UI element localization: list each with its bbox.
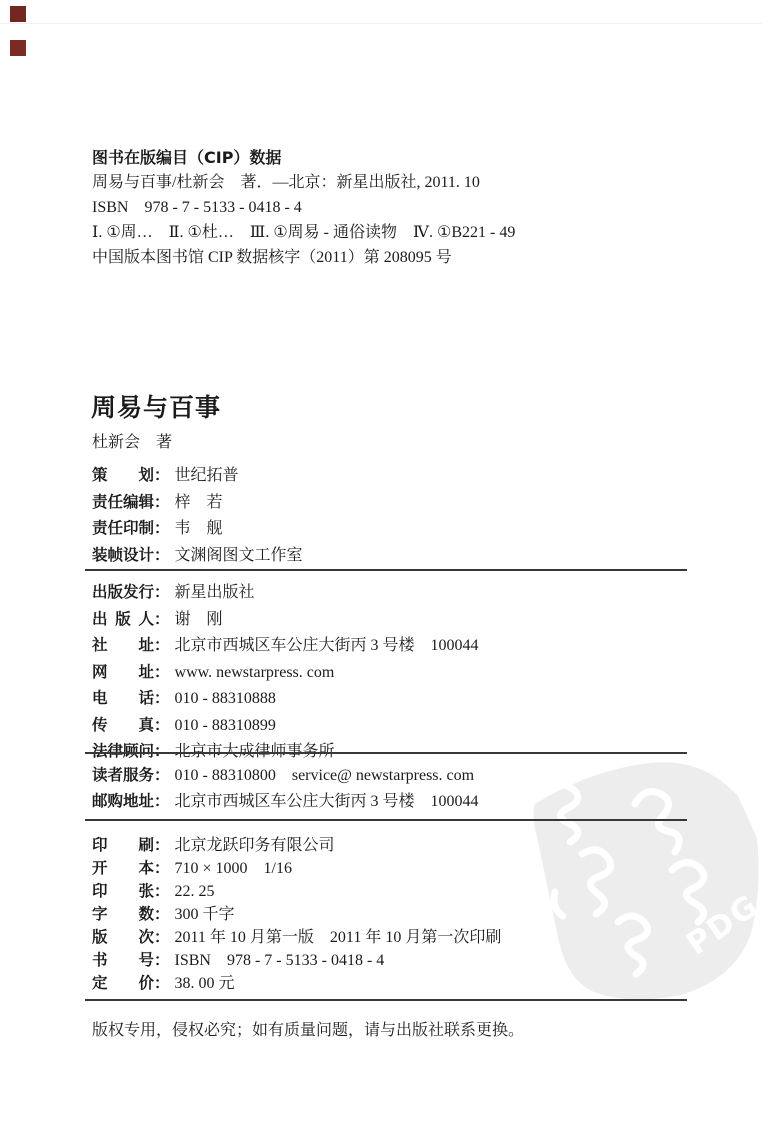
- publisher-row: 出版发行：新星出版社: [92, 579, 479, 606]
- reader-row: 邮购地址：北京市西城区车公庄大街丙 3 号楼 100044: [92, 789, 479, 815]
- label-colon: ：: [154, 659, 170, 686]
- field-label: 策划: [92, 462, 154, 489]
- field-label: 印张: [92, 880, 154, 903]
- book-title: 周易与百事: [91, 388, 221, 424]
- field-value: 北京龙跃印务有限公司: [175, 834, 335, 857]
- field-value: 010 - 88310800 service@ newstarpress. co…: [175, 763, 475, 789]
- field-label: 装帧设计: [92, 542, 154, 569]
- copyright-notice: 版权专用，侵权必究；如有质量问题，请与出版社联系更换。: [92, 1017, 524, 1040]
- field-label: 网址: [92, 659, 154, 686]
- field-value: 22. 25: [175, 880, 215, 903]
- section-divider: [85, 569, 687, 571]
- section-divider: [85, 752, 687, 754]
- label-colon: ：: [154, 685, 170, 712]
- printing-row: 定价：38. 00 元: [92, 972, 501, 995]
- label-colon: ：: [154, 763, 170, 789]
- cip-line: ISBN 978 - 7 - 5133 - 0418 - 4: [92, 195, 692, 220]
- cip-line: Ⅰ. ①周… Ⅱ. ①杜… Ⅲ. ①周易 - 通俗读物 Ⅳ. ①B221 - 4…: [92, 220, 692, 245]
- publisher-row: 出版人：谢 刚: [92, 606, 479, 633]
- field-label: 电话: [92, 685, 154, 712]
- field-value: 北京市西城区车公庄大街丙 3 号楼 100044: [175, 789, 479, 815]
- printing-row: 字数：300 千字: [92, 903, 501, 926]
- field-value: 010 - 88310888: [175, 686, 276, 713]
- field-label: 社址: [92, 632, 154, 659]
- field-label: 书号: [92, 949, 154, 972]
- credit-row: 责任印制：韦 舰: [92, 515, 303, 542]
- copyright-page: PDG 图书在版编目（CIP）数据 周易与百事/杜新会 著．—北京：新星出版社,…: [0, 0, 762, 1122]
- label-colon: ：: [154, 926, 170, 949]
- field-label: 印刷: [92, 834, 154, 857]
- field-value: 新星出版社: [175, 580, 255, 607]
- field-value: 710 × 1000 1/16: [175, 857, 292, 880]
- printing-row: 印刷：北京龙跃印务有限公司: [92, 834, 501, 857]
- field-label: 字数: [92, 903, 154, 926]
- cip-line: 周易与百事/杜新会 著．—北京：新星出版社, 2011. 10: [92, 170, 692, 195]
- credits-section: 策划：世纪拓普 责任编辑：梓 若 责任印制：韦 舰 装帧设计：文渊阁图文工作室: [92, 462, 303, 568]
- field-value: www. newstarpress. com: [175, 660, 335, 687]
- field-label: 出版人: [92, 606, 154, 633]
- field-label: 传真: [92, 712, 154, 739]
- label-colon: ：: [154, 542, 170, 569]
- field-value: 北京市西城区车公庄大街丙 3 号楼 100044: [175, 633, 479, 660]
- field-value: 文渊阁图文工作室: [175, 543, 303, 570]
- label-colon: ：: [154, 789, 170, 815]
- publisher-row: 社址：北京市西城区车公庄大街丙 3 号楼 100044: [92, 632, 479, 659]
- label-colon: ：: [154, 712, 170, 739]
- publisher-row: 电话：010 - 88310888: [92, 685, 479, 712]
- field-label: 邮购地址: [92, 789, 154, 815]
- printing-section: 印刷：北京龙跃印务有限公司 开本：710 × 1000 1/16 印张：22. …: [92, 834, 501, 995]
- field-label: 责任印制: [92, 515, 154, 542]
- field-value: 世纪拓普: [175, 463, 239, 490]
- cip-block: 图书在版编目（CIP）数据 周易与百事/杜新会 著．—北京：新星出版社, 201…: [92, 145, 692, 270]
- field-label: 定价: [92, 972, 154, 995]
- reader-service-section: 读者服务：010 - 88310800 service@ newstarpres…: [92, 763, 479, 814]
- field-label: 出版发行: [92, 579, 154, 606]
- printing-row: 印张：22. 25: [92, 880, 501, 903]
- publisher-row: 传真：010 - 88310899: [92, 712, 479, 739]
- label-colon: ：: [154, 606, 170, 633]
- book-author: 杜新会 著: [92, 429, 172, 452]
- field-value: 010 - 88310899: [175, 713, 276, 740]
- printing-row: 版次：2011 年 10 月第一版 2011 年 10 月第一次印刷: [92, 926, 501, 949]
- field-value: 300 千字: [175, 903, 235, 926]
- label-colon: ：: [154, 462, 170, 489]
- label-colon: ：: [154, 632, 170, 659]
- label-colon: ：: [154, 489, 170, 516]
- label-colon: ：: [154, 972, 170, 995]
- field-value: 韦 舰: [175, 516, 223, 543]
- credit-row: 策划：世纪拓普: [92, 462, 303, 489]
- label-colon: ：: [154, 579, 170, 606]
- reader-row: 读者服务：010 - 88310800 service@ newstarpres…: [92, 763, 479, 789]
- credit-row: 责任编辑：梓 若: [92, 489, 303, 516]
- scan-corner-mark: [10, 6, 26, 22]
- label-colon: ：: [154, 834, 170, 857]
- label-colon: ：: [154, 949, 170, 972]
- printing-row: 书号：ISBN 978 - 7 - 5133 - 0418 - 4: [92, 949, 501, 972]
- publisher-section: 出版发行：新星出版社 出版人：谢 刚 社址：北京市西城区车公庄大街丙 3 号楼 …: [92, 579, 479, 765]
- label-colon: ：: [154, 903, 170, 926]
- printing-row: 开本：710 × 1000 1/16: [92, 857, 501, 880]
- publisher-row: 网址：www. newstarpress. com: [92, 659, 479, 686]
- field-value: 2011 年 10 月第一版 2011 年 10 月第一次印刷: [175, 926, 502, 949]
- section-divider: [85, 999, 687, 1001]
- field-value: ISBN 978 - 7 - 5133 - 0418 - 4: [175, 949, 385, 972]
- field-value: 梓 若: [175, 490, 223, 517]
- pdg-seal-watermark: PDG: [500, 742, 762, 1004]
- cip-header: 图书在版编目（CIP）数据: [92, 145, 692, 170]
- scan-artifact-line: [0, 23, 762, 24]
- scan-corner-mark: [10, 40, 26, 56]
- field-label: 读者服务: [92, 763, 154, 789]
- field-value: 38. 00 元: [175, 972, 235, 995]
- field-value: 谢 刚: [175, 607, 223, 634]
- cip-line: 中国版本图书馆 CIP 数据核字（2011）第 208095 号: [92, 245, 692, 270]
- field-label: 版次: [92, 926, 154, 949]
- credit-row: 装帧设计：文渊阁图文工作室: [92, 542, 303, 569]
- label-colon: ：: [154, 515, 170, 542]
- label-colon: ：: [154, 857, 170, 880]
- field-label: 开本: [92, 857, 154, 880]
- section-divider: [85, 819, 687, 821]
- label-colon: ：: [154, 880, 170, 903]
- field-label: 责任编辑: [92, 489, 154, 516]
